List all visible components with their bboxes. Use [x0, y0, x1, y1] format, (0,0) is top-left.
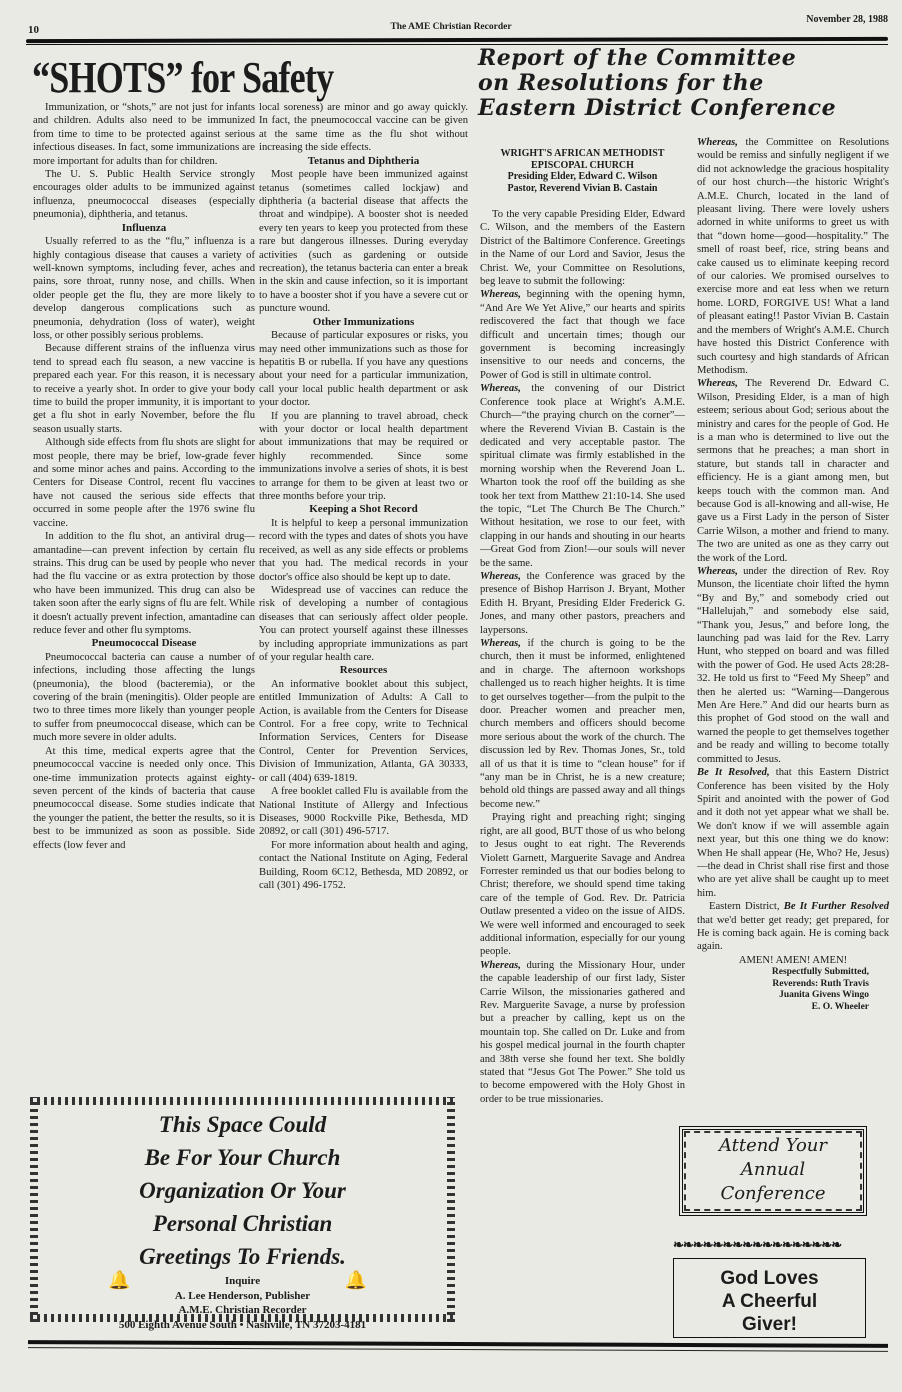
paragraph-text: if the church is going to be the church,…: [480, 638, 685, 810]
shots-column-2: local soreness) are minor and go away qu…: [259, 101, 468, 892]
section-heading-pneumococcal: Pneumococcal Disease: [33, 637, 255, 651]
paragraph: Whereas, beginning with the opening hymn…: [480, 288, 685, 382]
paragraph: Praying right and preaching right; singi…: [480, 811, 685, 958]
header-rule: [26, 37, 888, 43]
paragraph: local soreness) are minor and go away qu…: [259, 101, 468, 155]
ad-line: Conference: [683, 1182, 863, 1206]
ad-inquire: Inquire: [38, 1274, 447, 1289]
ad-headline-line: Be For Your Church: [38, 1144, 447, 1171]
paragraph: For more information about health and ag…: [259, 839, 468, 893]
whereas-label: Whereas,: [480, 638, 521, 649]
footer-rule-thin: [28, 1347, 888, 1352]
section-heading-tetanus: Tetanus and Diphtheria: [259, 155, 468, 169]
church-byline: WRIGHT'S AFRICAN METHODIST EPISCOPAL CHU…: [480, 148, 685, 194]
shots-article-title: “SHOTS” for Safety: [32, 52, 333, 103]
report-column-2: Whereas, the Committee on Resolutions wo…: [697, 136, 889, 1013]
paragraph: An informative booklet about this subjec…: [259, 678, 468, 785]
bell-icon: 🔔: [108, 1270, 130, 1291]
whereas-label: Whereas,: [480, 571, 521, 582]
bell-icon: 🔔: [345, 1270, 367, 1291]
ad-publisher: A. Lee Henderson, Publisher: [38, 1289, 447, 1304]
amen-line: AMEN! AMEN! AMEN!: [697, 954, 889, 967]
section-heading-record: Keeping a Shot Record: [259, 503, 468, 517]
paragraph: Immunization, or “shots,” are not just f…: [33, 101, 255, 168]
whereas-label: Whereas,: [697, 378, 738, 389]
ad-headline-line: This Space Could: [38, 1111, 447, 1138]
section-heading-influenza: Influenza: [33, 222, 255, 236]
whereas-label: Whereas,: [480, 383, 521, 394]
signature-line: Juanita Givens Wingo: [697, 990, 869, 1002]
ad-line: A Cheerful: [674, 1290, 865, 1313]
byline-line: Pastor, Reverend Vivian B. Castain: [480, 183, 685, 195]
paragraph-text: The Reverend Dr. Edward C. Wilson, Presi…: [697, 378, 889, 563]
paragraph: Widespread use of vaccines can reduce th…: [259, 584, 468, 664]
paragraph: A free booklet called Flu is available f…: [259, 785, 468, 839]
publication-name: The AME Christian Recorder: [0, 22, 902, 32]
paragraph: At this time, medical experts agree that…: [33, 745, 255, 852]
signature-line: E. O. Wheeler: [697, 1002, 869, 1014]
title-line: on Resolutions for the: [478, 71, 888, 96]
paragraph-text: the convening of our District Conference…: [480, 383, 685, 568]
annual-conference-ad: Attend Your Annual Conference: [679, 1126, 867, 1216]
paragraph: Most people have been immunized against …: [259, 168, 468, 315]
resolved-label: Be It Further Resolved: [784, 901, 889, 912]
byline-line: EPISCOPAL CHURCH: [480, 160, 685, 172]
paragraph-text: beginning with the opening hymn, “And Ar…: [480, 289, 685, 380]
paragraph: Usually referred to as the “flu,” influe…: [33, 235, 255, 342]
signature-line: Reverends: Ruth Travis: [697, 979, 869, 991]
paragraph-text: Eastern District,: [709, 901, 779, 912]
title-line: Report of the Committee: [478, 46, 888, 71]
paragraph-text: under the direction of Rev. Roy Munson, …: [697, 566, 889, 765]
ad-line: Attend Your: [683, 1134, 863, 1158]
whereas-label: Whereas,: [480, 289, 521, 300]
paragraph: Whereas, during the Missionary Hour, und…: [480, 959, 685, 1106]
paragraph: It is helpful to keep a personal immuniz…: [259, 517, 468, 584]
whereas-label: Whereas,: [480, 960, 521, 971]
paragraph: Whereas, the Conference was graced by th…: [480, 570, 685, 637]
byline-line: Presiding Elder, Edward C. Wilson: [480, 171, 685, 183]
paragraph: Whereas, The Reverend Dr. Edward C. Wils…: [697, 377, 889, 565]
report-column-1: WRIGHT'S AFRICAN METHODIST EPISCOPAL CHU…: [480, 150, 685, 1106]
newspaper-page: 10 The AME Christian Recorder November 2…: [0, 0, 902, 1392]
ad-headline-line: Organization Or Your: [38, 1177, 447, 1204]
paragraph: Be It Resolved, that this Eastern Distri…: [697, 766, 889, 900]
whereas-label: Whereas,: [697, 137, 738, 148]
ad-address: 500 Eighth Avenue South • Nashville, TN …: [38, 1318, 447, 1333]
signature-line: Respectfully Submitted,: [697, 967, 869, 979]
paragraph-text: that this Eastern District Conference ha…: [697, 767, 889, 899]
cheerful-giver-ad: God Loves A Cheerful Giver!: [673, 1258, 866, 1338]
paragraph: Whereas, under the direction of Rev. Roy…: [697, 565, 889, 766]
report-article-title: Report of the Committee on Resolutions f…: [478, 46, 888, 121]
ad-headline-line: Greetings To Friends.: [38, 1243, 447, 1270]
section-heading-resources: Resources: [259, 664, 468, 678]
whereas-label: Whereas,: [697, 566, 738, 577]
paragraph: Although side effects from flu shots are…: [33, 436, 255, 530]
ad-line: Annual: [683, 1158, 863, 1182]
paragraph: Whereas, the convening of our District C…: [480, 382, 685, 570]
paragraph-text: during the Missionary Hour, under the ca…: [480, 960, 685, 1105]
issue-date: November 28, 1988: [806, 14, 888, 25]
ad-line: God Loves: [674, 1267, 865, 1290]
ornament-strip-icon: ❧❧❧❧❧❧❧❧❧❧❧❧❧❧❧❧❧: [673, 1237, 869, 1251]
ad-headline-line: Personal Christian: [38, 1210, 447, 1237]
section-heading-other: Other Immunizations: [259, 316, 468, 330]
paragraph: In addition to the flu shot, an antivira…: [33, 530, 255, 637]
paragraph: Because of particular exposures or risks…: [259, 329, 468, 409]
paragraph: The U. S. Public Health Service strongly…: [33, 168, 255, 222]
ad-paper: A.M.E. Christian Recorder: [38, 1303, 447, 1318]
signature-block: Respectfully Submitted, Reverends: Ruth …: [697, 967, 889, 1013]
shots-column-1: Immunization, or “shots,” are not just f…: [33, 101, 255, 852]
paragraph: Whereas, if the church is going to be th…: [480, 637, 685, 811]
paragraph-text: the Committee on Resolutions would be re…: [697, 137, 889, 376]
paragraph: Whereas, the Committee on Resolutions wo…: [697, 136, 889, 377]
resolved-label: Be It Resolved,: [697, 767, 770, 778]
paragraph: Eastern District, Be It Further Resolved…: [697, 900, 889, 954]
paragraph: If you are planning to travel abroad, ch…: [259, 410, 468, 504]
church-space-ad: This Space Could Be For Your Church Orga…: [30, 1097, 455, 1322]
paragraph: Pneumococcal bacteria can cause a number…: [33, 651, 255, 745]
paragraph: Because different strains of the influen…: [33, 342, 255, 436]
ad-line: Giver!: [674, 1313, 865, 1336]
title-line: Eastern District Conference: [478, 96, 888, 121]
paragraph: To the very capable Presiding Elder, Edw…: [480, 208, 685, 288]
paragraph-text: that we'd better get ready; get prepared…: [697, 915, 889, 953]
byline-line: WRIGHT'S AFRICAN METHODIST: [480, 148, 685, 160]
